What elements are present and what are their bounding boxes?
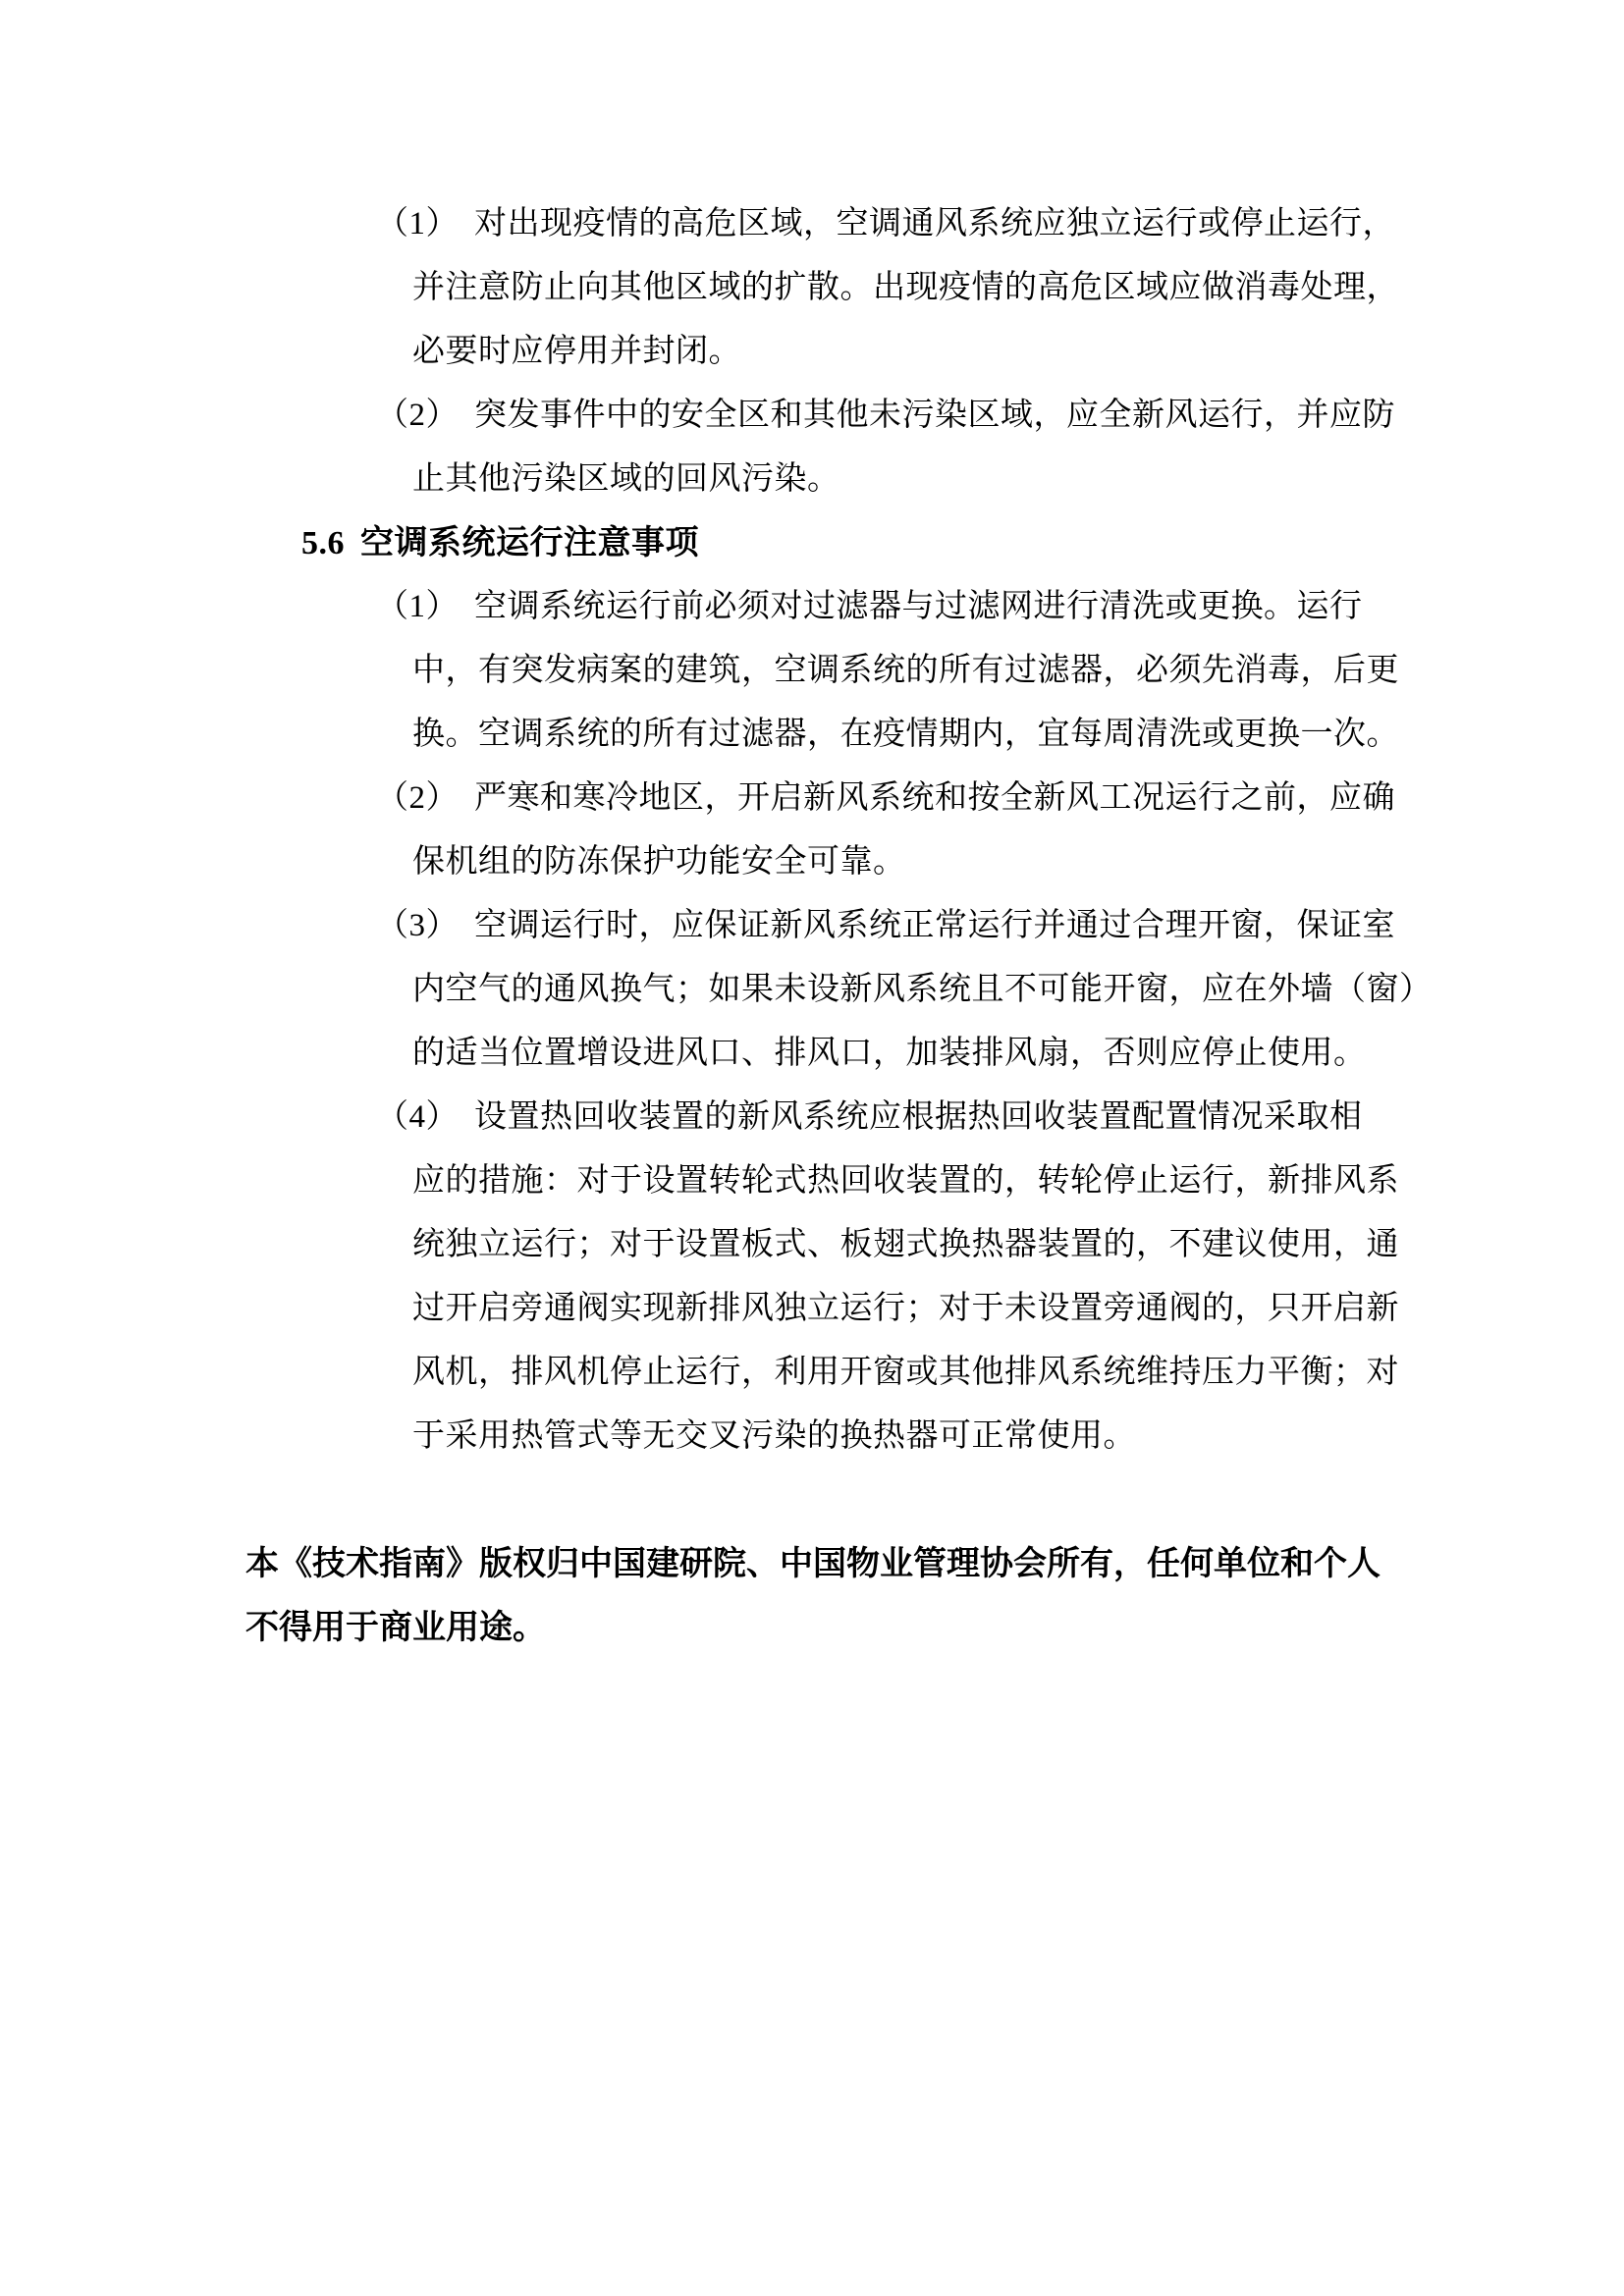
list-item-number: （2） xyxy=(376,384,474,448)
list-item-number: （2） xyxy=(376,767,474,830)
text-line: （2）严寒和寒冷地区，开启新风系统和按全新风工况运行之前，应确 xyxy=(245,767,1384,830)
line-text: 不得用于商业用途。 xyxy=(245,1610,546,1646)
text-line: （3）空调运行时，应保证新风系统正常运行并通过合理开窗，保证室 xyxy=(245,894,1384,958)
line-text: 并注意防止向其他区域的扩散。出现疫情的高危区域应做消毒处理， xyxy=(412,270,1399,305)
blank-line xyxy=(245,1468,1384,1532)
text-line: 止其他污染区域的回风污染。 xyxy=(245,448,1384,511)
list-item-number: （3） xyxy=(376,894,474,958)
text-line: 统独立运行；对于设置板式、板翅式换热器装置的，不建议使用，通 xyxy=(245,1213,1384,1277)
line-text: 空调系统运行前必须对过滤器与过滤网进行清洗或更换。运行 xyxy=(474,589,1363,624)
list-item-number: （1） xyxy=(376,575,474,639)
text-line: （1）对出现疫情的高危区域，空调通风系统应独立运行或停止运行， xyxy=(245,192,1384,256)
line-text: 突发事件中的安全区和其他未污染区域，应全新风运行，并应防 xyxy=(474,398,1395,433)
text-line: 保机组的防冻保护功能安全可靠。 xyxy=(245,830,1384,894)
text-line: 应的措施：对于设置转轮式热回收装置的，转轮停止运行，新排风系 xyxy=(245,1149,1384,1213)
line-text: 本《技术指南》版权归中国建研院、中国物业管理协会所有，任何单位和个人 xyxy=(245,1546,1380,1582)
copyright-line: 本《技术指南》版权归中国建研院、中国物业管理协会所有，任何单位和个人 xyxy=(245,1532,1384,1596)
document-page: （1）对出现疫情的高危区域，空调通风系统应独立运行或停止运行，并注意防止向其他区… xyxy=(0,0,1624,2296)
text-line: 的适当位置增设进风口、排风口，加装排风扇，否则应停止使用。 xyxy=(245,1022,1384,1086)
list-item-number: （4） xyxy=(376,1086,474,1149)
line-text: 严寒和寒冷地区，开启新风系统和按全新风工况运行之前，应确 xyxy=(474,780,1395,816)
text-line: 换。空调系统的所有过滤器，在疫情期内，宜每周清洗或更换一次。 xyxy=(245,703,1384,767)
line-text: 必要时应停用并封闭。 xyxy=(412,334,741,369)
line-text: 中，有突发病案的建筑，空调系统的所有过滤器，必须先消毒，后更 xyxy=(412,653,1399,688)
line-text: 内空气的通风换气；如果未设新风系统且不可能开窗，应在外墙（窗） xyxy=(412,972,1433,1007)
text-line: 中，有突发病案的建筑，空调系统的所有过滤器，必须先消毒，后更 xyxy=(245,639,1384,703)
line-text: 设置热回收装置的新风系统应根据热回收装置配置情况采取相 xyxy=(474,1099,1363,1135)
text-line: 于采用热管式等无交叉污染的换热器可正常使用。 xyxy=(245,1405,1384,1468)
line-text: 过开启旁通阀实现新排风独立运行；对于未设置旁通阀的，只开启新 xyxy=(412,1291,1399,1326)
text-line: 并注意防止向其他区域的扩散。出现疫情的高危区域应做消毒处理， xyxy=(245,256,1384,320)
text-line: 风机，排风机停止运行，利用开窗或其他排风系统维持压力平衡；对 xyxy=(245,1341,1384,1405)
section-heading: 5.6空调系统运行注意事项 xyxy=(245,511,1384,575)
line-text: 空调运行时，应保证新风系统正常运行并通过合理开窗，保证室 xyxy=(474,908,1395,943)
text-line: （2）突发事件中的安全区和其他未污染区域，应全新风运行，并应防 xyxy=(245,384,1384,448)
text-line: 必要时应停用并封闭。 xyxy=(245,320,1384,384)
line-text: 应的措施：对于设置转轮式热回收装置的，转轮停止运行，新排风系 xyxy=(412,1163,1399,1199)
line-text: 对出现疫情的高危区域，空调通风系统应独立运行或停止运行， xyxy=(474,206,1395,241)
line-text: 统独立运行；对于设置板式、板翅式换热器装置的，不建议使用，通 xyxy=(412,1227,1399,1262)
line-text: 于采用热管式等无交叉污染的换热器可正常使用。 xyxy=(412,1418,1136,1454)
copyright-line: 不得用于商业用途。 xyxy=(245,1596,1384,1660)
line-text: 换。空调系统的所有过滤器，在疫情期内，宜每周清洗或更换一次。 xyxy=(412,717,1399,752)
section-number: 5.6 xyxy=(301,511,345,575)
list-item-number: （1） xyxy=(376,192,474,256)
line-text: 风机，排风机停止运行，利用开窗或其他排风系统维持压力平衡；对 xyxy=(412,1355,1399,1390)
text-line: （4）设置热回收装置的新风系统应根据热回收装置配置情况采取相 xyxy=(245,1086,1384,1149)
line-text: 保机组的防冻保护功能安全可靠。 xyxy=(412,844,906,880)
text-line: 内空气的通风换气；如果未设新风系统且不可能开窗，应在外墙（窗） xyxy=(245,958,1384,1022)
document-body: （1）对出现疫情的高危区域，空调通风系统应独立运行或停止运行，并注意防止向其他区… xyxy=(245,192,1384,1660)
text-line: （1）空调系统运行前必须对过滤器与过滤网进行清洗或更换。运行 xyxy=(245,575,1384,639)
text-line: 过开启旁通阀实现新排风独立运行；对于未设置旁通阀的，只开启新 xyxy=(245,1277,1384,1341)
line-text: 空调系统运行注意事项 xyxy=(360,525,699,561)
line-text: 的适当位置增设进风口、排风口，加装排风扇，否则应停止使用。 xyxy=(412,1036,1367,1071)
line-text: 止其他污染区域的回风污染。 xyxy=(412,461,840,497)
